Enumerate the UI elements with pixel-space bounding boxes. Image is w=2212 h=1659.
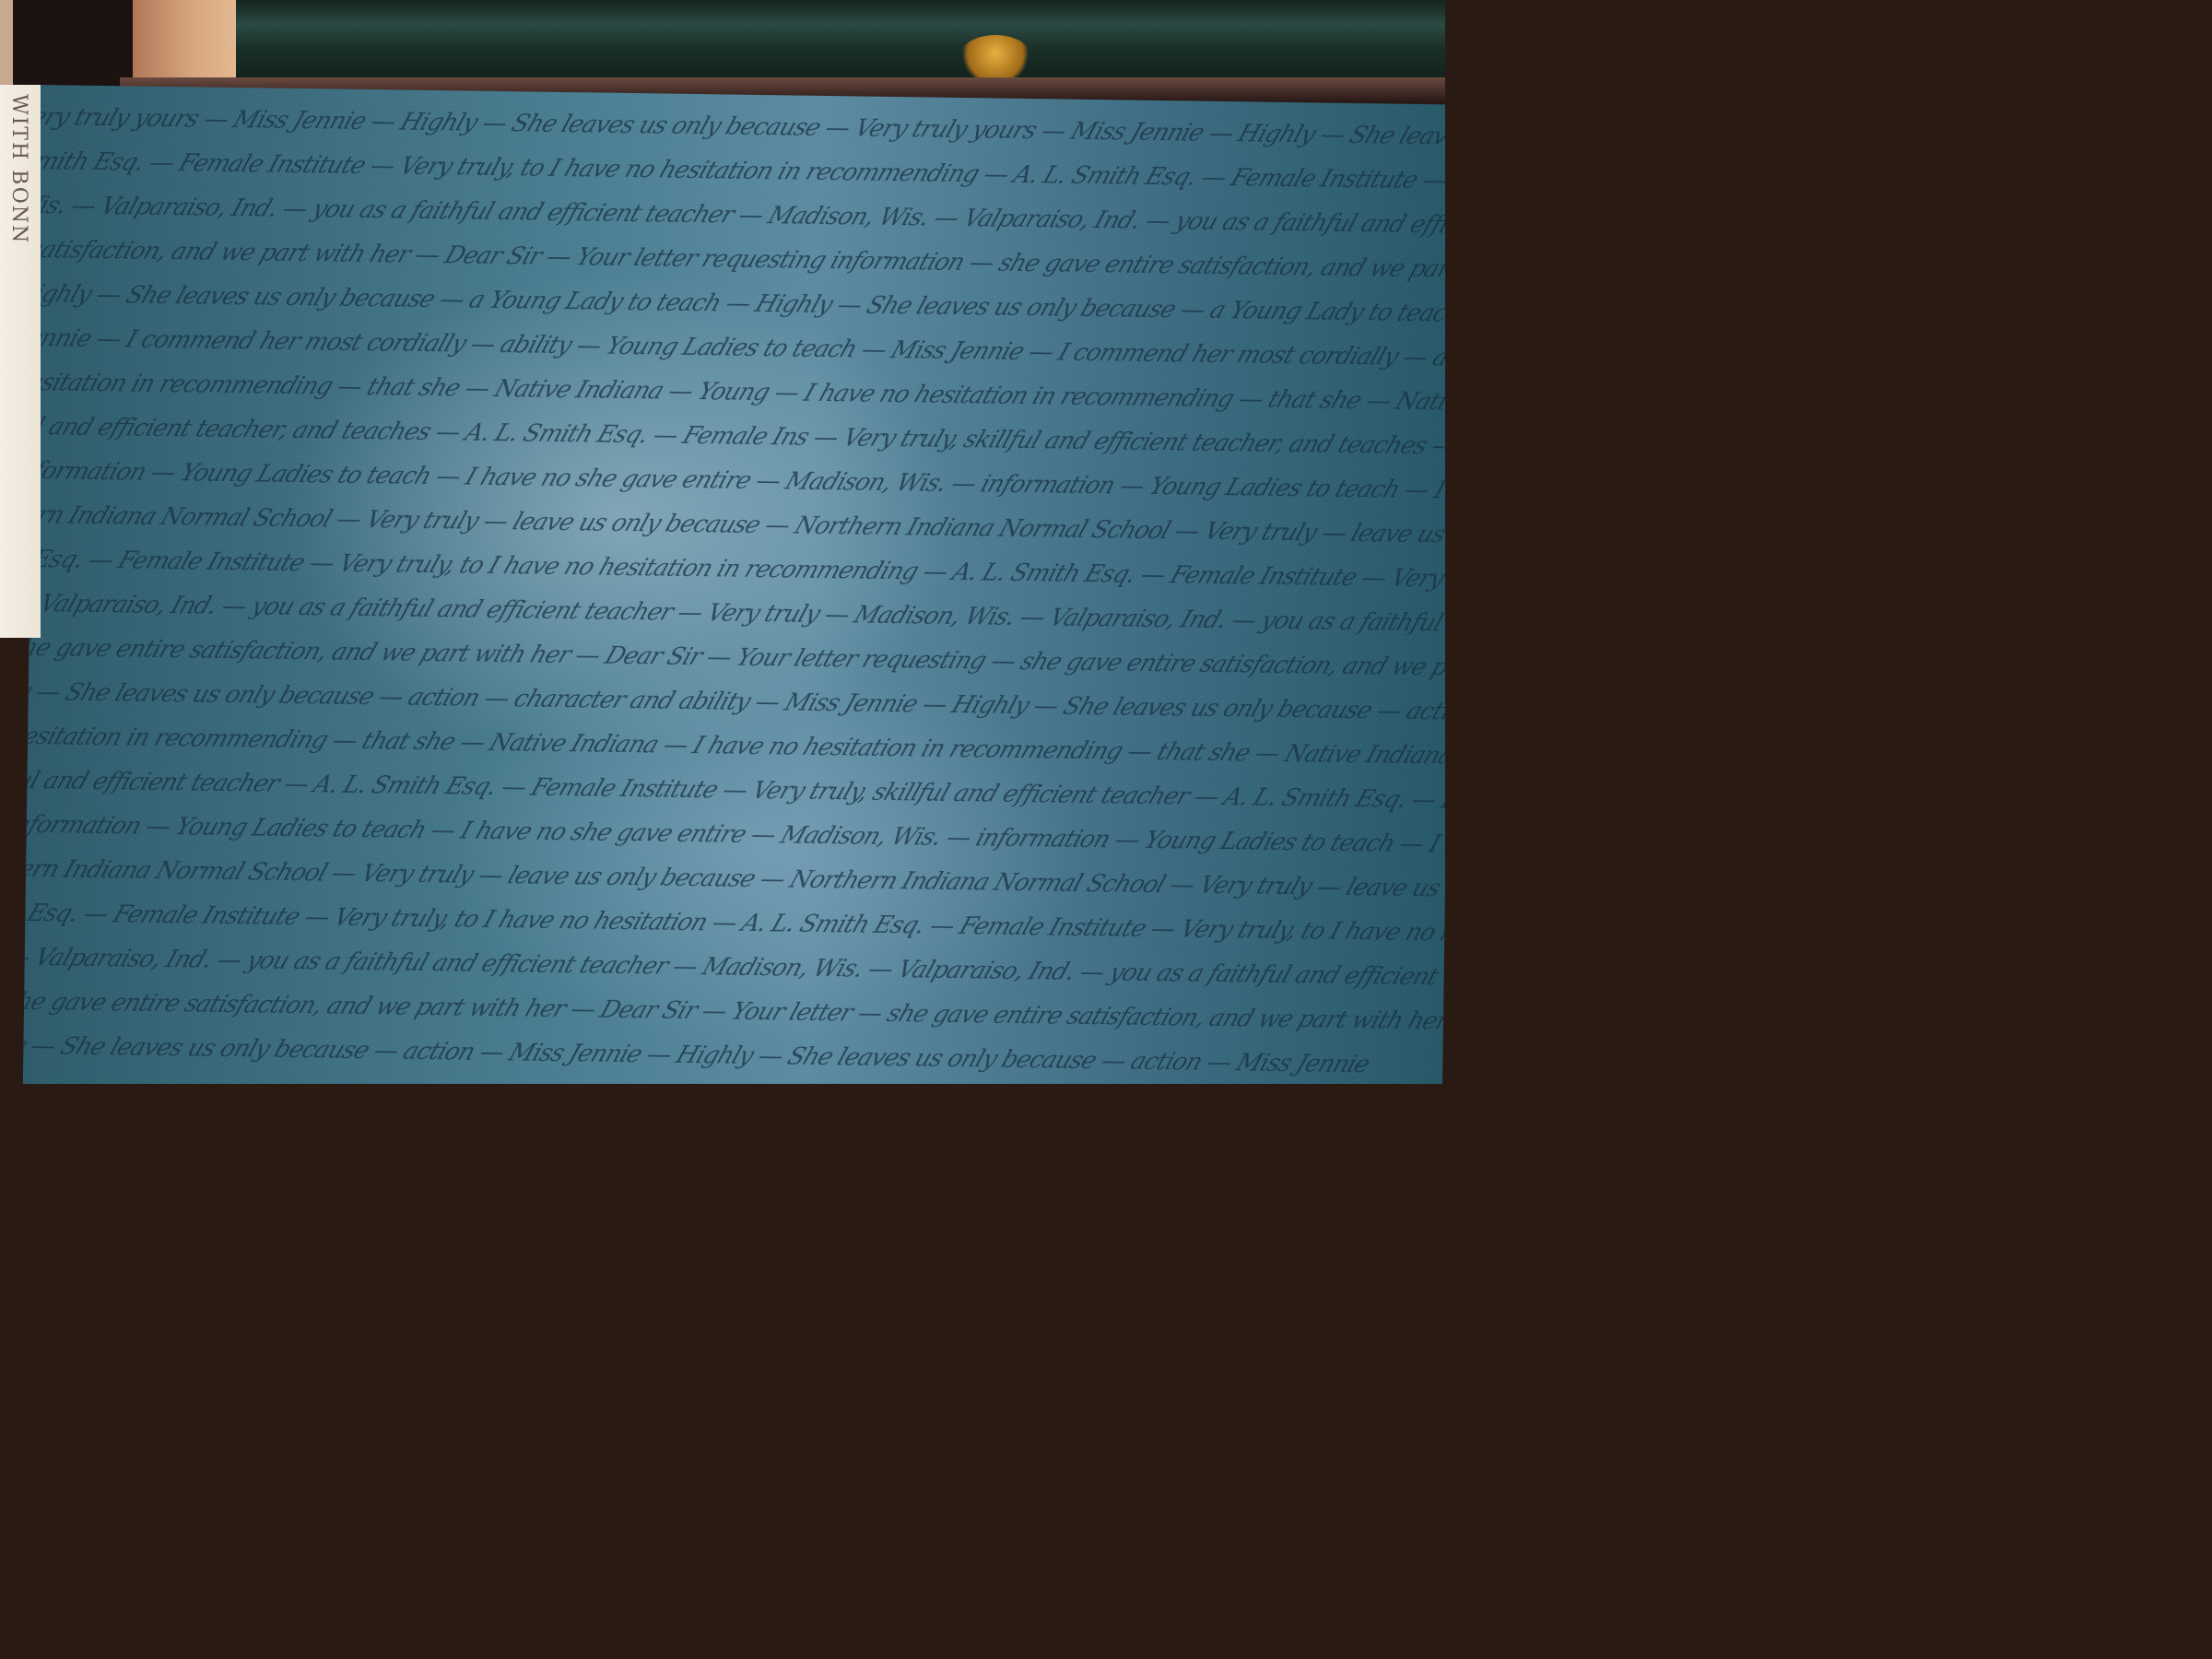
light-wood-surface: [133, 0, 236, 83]
script-line: I have no hesitation in recommending — t…: [23, 721, 1445, 770]
script-line: Miss Jennie — I commend her most cordial…: [23, 324, 1445, 377]
script-line: information — Young Ladies to teach — I …: [23, 457, 1445, 512]
script-line: she gave entire satisfaction, and we par…: [23, 988, 1445, 1040]
script-line: Highly — She leaves us only because — ac…: [23, 677, 1445, 733]
script-line: Northern Indiana Normal School — Very tr…: [23, 500, 1445, 551]
script-print-fabric: Very truly yours — Miss Jennie — Highly …: [23, 85, 1445, 1084]
script-line: Very truly, skillful and efficient teach…: [23, 764, 1445, 817]
script-line: Very truly, skillful and efficient teach…: [23, 410, 1445, 465]
script-line: Highly — She leaves us only because — ac…: [23, 1031, 1373, 1078]
script-line: I have no hesitation in recommending — t…: [23, 367, 1445, 419]
dark-wood-panel: [13, 0, 133, 92]
script-line: A. L. Smith Esq. — Female Institute — Ve…: [23, 898, 1445, 948]
background-furniture: [0, 0, 1445, 101]
script-line: Highly — She leaves us only because — a …: [23, 280, 1445, 328]
fabric-selvage: WITH BONN: [0, 85, 41, 638]
script-line: Madison, Wis. — Valparaiso, Ind. — you a…: [23, 190, 1445, 241]
brass-knob: [959, 35, 1032, 81]
script-line: Madison, Wis. — Valparaiso, Ind. — you a…: [23, 941, 1445, 992]
script-line: Very truly yours — Miss Jennie — Highly …: [23, 103, 1445, 154]
script-line: information — Young Ladies to teach — I …: [23, 811, 1445, 865]
selvage-text: WITH BONN: [7, 94, 30, 244]
script-line: Northern Indiana Normal School — Very tr…: [23, 854, 1445, 905]
script-line: A. L. Smith Esq. — Female Institute — Ve…: [23, 544, 1445, 600]
script-line: Madison, Wis. — Valparaiso, Ind. — you a…: [23, 587, 1445, 642]
glass-cabinet: [236, 0, 1445, 83]
